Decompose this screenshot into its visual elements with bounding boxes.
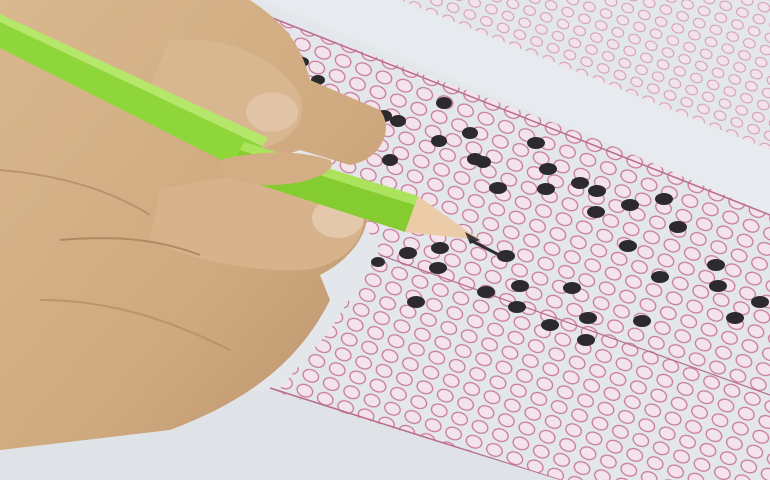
photo-scene: Close-up photo of a hand holding a green…	[0, 0, 770, 480]
answer-sheet	[0, 0, 770, 480]
fingernail-upper	[246, 92, 298, 132]
